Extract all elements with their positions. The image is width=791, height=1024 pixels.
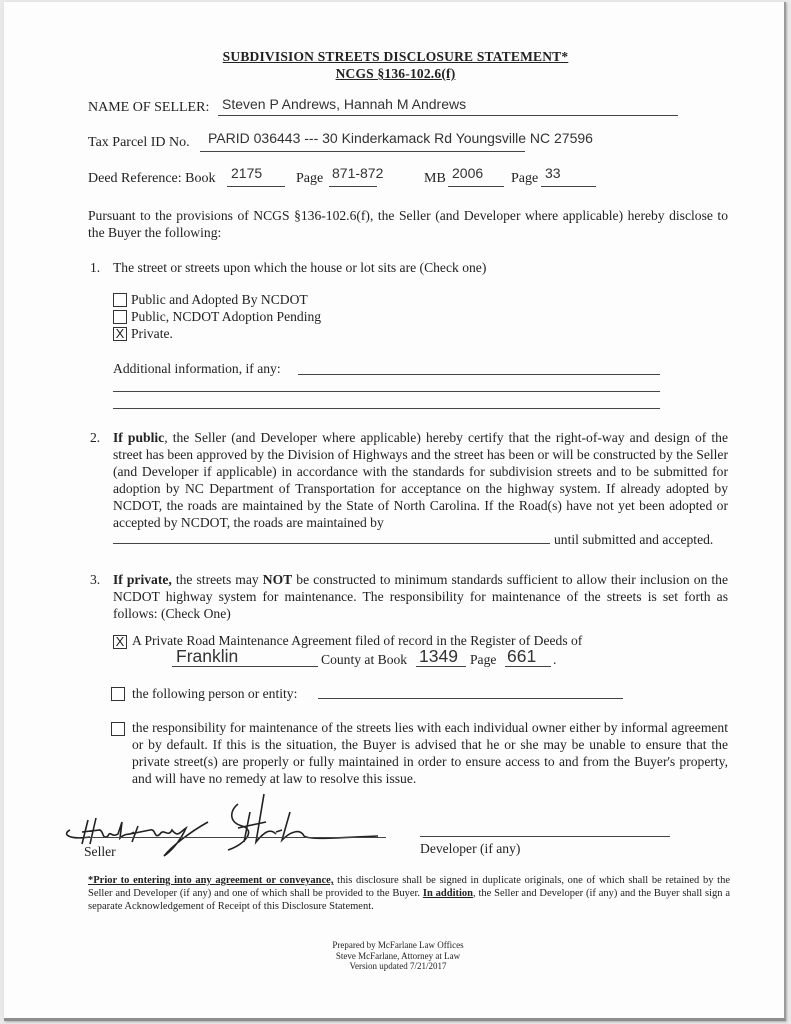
intro-paragraph: Pursuant to the provisions of NCGS §136-… (88, 207, 728, 241)
checkbox-private[interactable]: X (113, 327, 127, 341)
footer-attorney: Steve McFarlane, Attorney at Law (0, 951, 791, 962)
footnote-addition: In addition (423, 888, 473, 899)
section-3-lead: If private, (113, 572, 172, 587)
statute-reference: NCGS §136-102.6(f) (0, 66, 791, 82)
footer-version: Version updated 7/21/2017 (0, 961, 791, 972)
footnote-lead: *Prior to entering into any agreement or… (88, 875, 333, 886)
mb-label: MB (424, 171, 446, 187)
checkbox-individual-owner[interactable] (111, 722, 125, 736)
footnote: *Prior to entering into any agreement or… (88, 874, 730, 913)
agreement-end: . (553, 651, 556, 668)
deed-page-line (329, 186, 377, 187)
person-entity-label: the following person or entity: (132, 685, 297, 702)
checkbox-public-adopted[interactable] (113, 293, 127, 307)
footer-prepared-by: Prepared by McFarlane Law Offices (0, 940, 791, 951)
document-title: SUBDIVISION STREETS DISCLOSURE STATEMENT… (0, 49, 791, 65)
option-public-pending-label: Public, NCDOT Adoption Pending (131, 308, 321, 325)
deed-reference-label: Deed Reference: Book (88, 171, 216, 187)
footer: Prepared by McFarlane Law Offices Steve … (0, 940, 791, 972)
section-3-not: NOT (263, 572, 292, 587)
additional-info-line-3[interactable] (113, 408, 660, 409)
agreement-page-label: Page (470, 651, 496, 668)
seller-name-line (218, 115, 678, 116)
additional-info-line-1[interactable] (298, 374, 660, 375)
mb-line (448, 186, 504, 187)
person-entity-line[interactable] (318, 698, 623, 699)
section-2-lead: If public (113, 430, 164, 445)
mb-page-value[interactable]: 33 (545, 165, 561, 181)
deed-book-line (227, 186, 285, 187)
section-2-tail: until submitted and accepted. (554, 531, 713, 548)
checkbox-person-entity[interactable] (111, 687, 125, 701)
developer-label: Developer (if any) (420, 840, 520, 857)
section-2-text: , the Seller (and Developer where applic… (113, 430, 728, 530)
agreement-page-value[interactable]: 661 (507, 646, 536, 667)
checkbox-public-pending[interactable] (113, 310, 127, 324)
mb-page-label: Page (511, 171, 538, 187)
county-book-label: County at Book (321, 651, 407, 668)
tax-parcel-value[interactable]: PARID 036443 --- 30 Kinderkamack Rd Youn… (208, 130, 593, 146)
deed-book-value[interactable]: 2175 (231, 165, 262, 181)
tax-parcel-label: Tax Parcel ID No. (88, 135, 190, 151)
section-1-number: 1. (90, 259, 100, 276)
deed-page-label: Page (296, 171, 323, 187)
section-3-paragraph: If private, the streets may NOT be const… (113, 571, 728, 622)
agreement-book-value[interactable]: 1349 (419, 646, 458, 667)
additional-info-line-2[interactable] (113, 391, 660, 392)
option-public-adopted-label: Public and Adopted By NCDOT (131, 291, 308, 308)
mb-page-line (541, 186, 596, 187)
section-1-text: The street or streets upon which the hou… (113, 259, 486, 276)
section-3-number: 3. (90, 571, 100, 588)
agreement-book-line (416, 666, 466, 667)
individual-owner-text: the responsibility for maintenance of th… (132, 719, 728, 787)
section-2-number: 2. (90, 429, 100, 446)
deed-page-value[interactable]: 871-872 (332, 165, 383, 181)
tax-parcel-line (200, 151, 525, 152)
checkbox-maintenance-agreement[interactable]: X (113, 635, 127, 649)
seller-signature-line (84, 837, 386, 838)
seller-name-label: NAME OF SELLER: (88, 100, 209, 116)
agreement-page-line (505, 666, 551, 667)
mb-value[interactable]: 2006 (452, 165, 483, 181)
seller-name-value[interactable]: Steven P Andrews, Hannah M Andrews (222, 96, 466, 112)
county-line (172, 666, 318, 667)
additional-info-label: Additional information, if any: (113, 360, 281, 377)
developer-signature-line[interactable] (420, 836, 670, 837)
county-value[interactable]: Franklin (176, 646, 238, 667)
maintainer-blank-line[interactable] (113, 543, 550, 544)
option-private-label: Private. (131, 325, 173, 342)
section-2-paragraph: If public, the Seller (and Developer whe… (113, 429, 728, 531)
seller-label: Seller (84, 843, 116, 860)
